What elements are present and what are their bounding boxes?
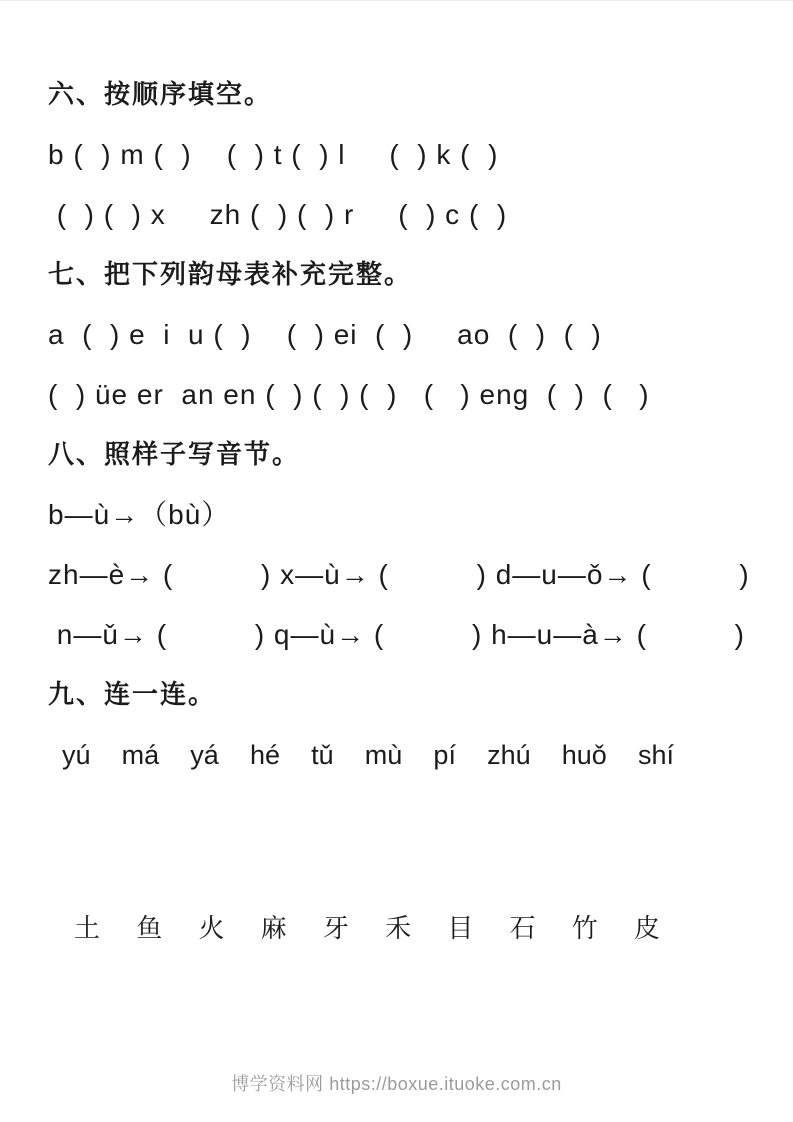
pinyin-word: má [122, 725, 160, 785]
section-six-blank-line-2: ( ) ( ) x zh ( ) ( ) r ( ) c ( ) [48, 185, 765, 245]
hanzi-char: 鱼 [136, 899, 162, 959]
section-eight-example-syllable: b—ù→（bù） [48, 485, 765, 545]
pinyin-word: hé [250, 725, 280, 785]
hanzi-char: 麻 [261, 899, 287, 959]
pinyin-word: mù [365, 725, 403, 785]
hanzi-char-row: 土鱼火麻牙禾目石竹皮 [74, 899, 660, 959]
worksheet-page: 六、按顺序填空。 b ( ) m ( ) ( ) t ( ) l ( ) k (… [0, 1, 793, 959]
pinyin-word: pí [433, 725, 456, 785]
section-six-heading: 六、按顺序填空。 [48, 65, 765, 125]
pinyin-word-row: yúmáyáhétǔmùpízhúhuǒshí [62, 725, 674, 785]
section-six-blank-line-1: b ( ) m ( ) ( ) t ( ) l ( ) k ( ) [48, 125, 765, 185]
pinyin-word: zhú [487, 725, 531, 785]
hanzi-char: 石 [510, 899, 536, 959]
pinyin-word: huǒ [562, 725, 607, 785]
section-seven-heading: 七、把下列韵母表补充完整。 [48, 245, 765, 305]
section-seven-vowel-line-1: a ( ) e i u ( ) ( ) ei ( ) ao ( ) ( ) [48, 305, 765, 365]
hanzi-char: 竹 [572, 899, 598, 959]
hanzi-char: 火 [198, 899, 224, 959]
pinyin-word: tǔ [311, 725, 334, 785]
section-eight-syllable-line-2: n—ǔ→ ( ) q—ù→ ( ) h—u—à→ ( ) [48, 605, 765, 665]
section-eight-syllable-line-1: zh—è→ ( ) x—ù→ ( ) d—u—ǒ→ ( ) [48, 545, 765, 605]
hanzi-char: 禾 [385, 899, 411, 959]
section-seven-vowel-line-2: ( ) üe er an en ( ) ( ) ( ) ( ) eng ( ) … [48, 365, 765, 425]
hanzi-char: 目 [447, 899, 473, 959]
hanzi-char: 牙 [323, 899, 349, 959]
hanzi-char: 土 [74, 899, 100, 959]
section-eight-heading: 八、照样子写音节。 [48, 425, 765, 485]
section-nine-heading: 九、连一连。 [48, 665, 765, 725]
footer-site-text: 博学资料网 https://boxue.ituoke.com.cn [231, 1074, 562, 1094]
page-footer: 博学资料网 https://boxue.ituoke.com.cn [0, 1070, 793, 1096]
hanzi-char: 皮 [634, 899, 660, 959]
pinyin-word: yú [62, 725, 91, 785]
pinyin-word: shí [638, 725, 674, 785]
pinyin-word: yá [190, 725, 219, 785]
